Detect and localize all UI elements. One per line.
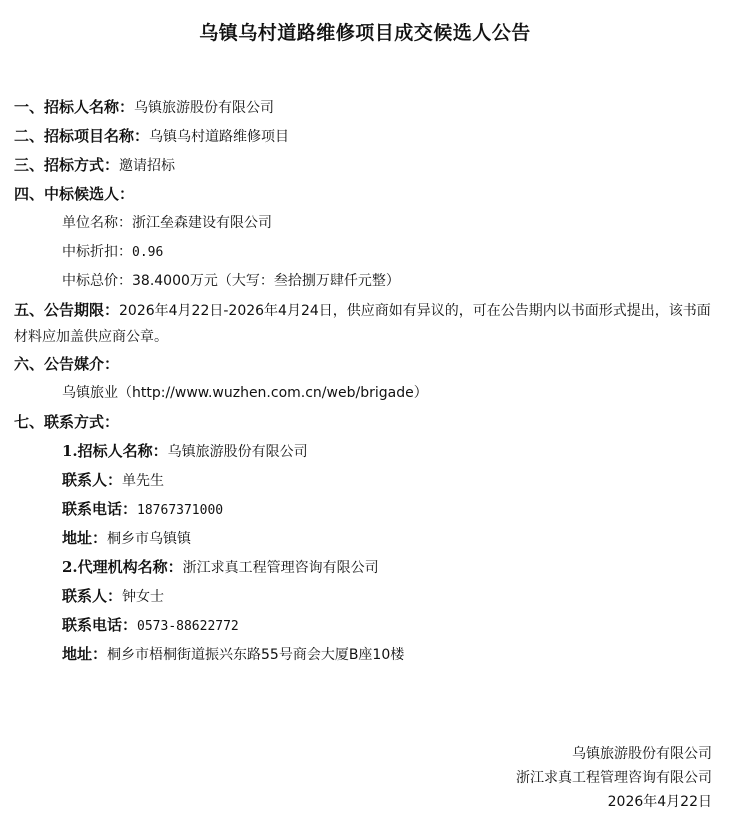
signature-org1: 乌镇旅游股份有限公司 [572, 744, 712, 764]
candidate-company: 单位名称：浙江垒森建设有限公司 [62, 213, 272, 233]
agency-contact-name: 2.代理机构名称：浙江求真工程管理咨询有限公司 [62, 557, 379, 578]
item-label: 地址： [62, 645, 107, 663]
item-label: 联系电话： [62, 616, 137, 634]
item-label: 联系人： [62, 471, 122, 489]
item-label: 1.招标人名称： [62, 442, 168, 460]
tender-method-value: 邀请招标 [119, 158, 175, 174]
tenderer-address: 桐乡市乌镇镇 [107, 531, 191, 547]
tenderer-contact-person: 联系人：单先生 [62, 470, 164, 491]
tenderer-name: 乌镇旅游股份有限公司 [168, 444, 308, 460]
agency-contact: 钟女士 [122, 589, 164, 605]
section-candidate: 四、中标候选人： [14, 184, 134, 205]
item-label: 2.代理机构名称： [62, 558, 183, 576]
candidate-total-price-value: 38.4000万元（大写：叁拾捌万肆仟元整） [132, 273, 400, 289]
project-name-value: 乌镇乌村道路维修项目 [149, 129, 289, 145]
media-link[interactable]: 乌镇旅业（http://www.wuzhen.com.cn/web/brigad… [62, 385, 428, 401]
section-notice-media: 六、公告媒介： [14, 354, 119, 375]
section-contact: 七、联系方式： [14, 412, 119, 433]
tenderer-contact-name: 1.招标人名称：乌镇旅游股份有限公司 [62, 441, 308, 462]
item-label: 联系人： [62, 587, 122, 605]
agency-name: 浙江求真工程管理咨询有限公司 [183, 560, 379, 576]
item-label: 中标总价： [62, 273, 132, 289]
page-title: 乌镇乌村道路维修项目成交候选人公告 [0, 18, 730, 45]
item-label: 中标折扣： [62, 244, 132, 260]
tenderer-contact: 单先生 [122, 473, 164, 489]
section-notice-period: 五、公告期限：2026年4月22日-2026年4月24日，供应商如有异议的，可在… [14, 297, 719, 350]
signature-date: 2026年4月22日 [608, 792, 712, 812]
agency-address: 桐乡市梧桐街道振兴东路55号商会大厦B座10楼 [107, 647, 404, 663]
item-label: 地址： [62, 529, 107, 547]
item-label: 联系电话： [62, 500, 137, 518]
notice-media-value: 乌镇旅业（http://www.wuzhen.com.cn/web/brigad… [62, 383, 428, 403]
tenderer-phone: 18767371000 [137, 503, 223, 518]
agency-contact-address: 地址：桐乡市梧桐街道振兴东路55号商会大厦B座10楼 [62, 644, 404, 665]
agency-contact-person: 联系人：钟女士 [62, 586, 164, 607]
tenderer-contact-phone: 联系电话：18767371000 [62, 499, 223, 521]
section-label: 七、联系方式： [14, 413, 119, 431]
section-project-name: 二、招标项目名称：乌镇乌村道路维修项目 [14, 126, 289, 147]
section-label: 四、中标候选人： [14, 185, 134, 203]
tenderer-name-value: 乌镇旅游股份有限公司 [134, 100, 274, 116]
section-tenderer-name: 一、招标人名称：乌镇旅游股份有限公司 [14, 97, 274, 118]
agency-contact-phone: 联系电话：0573-88622772 [62, 615, 239, 637]
candidate-discount: 中标折扣：0.96 [62, 242, 163, 263]
tenderer-contact-address: 地址：桐乡市乌镇镇 [62, 528, 191, 549]
candidate-total-price: 中标总价：38.4000万元（大写：叁拾捌万肆仟元整） [62, 271, 400, 291]
section-label: 二、招标项目名称： [14, 127, 149, 145]
section-label: 六、公告媒介： [14, 355, 119, 373]
signature-org2: 浙江求真工程管理咨询有限公司 [516, 768, 712, 788]
agency-phone: 0573-88622772 [137, 619, 239, 634]
candidate-discount-value: 0.96 [132, 245, 163, 260]
item-label: 单位名称： [62, 215, 132, 231]
section-label: 一、招标人名称： [14, 98, 134, 116]
notice-period-value: 2026年4月22日-2026年4月24日，供应商如有异议的，可在公告期内以书面… [14, 303, 711, 345]
section-label: 五、公告期限： [14, 301, 119, 319]
section-tender-method: 三、招标方式：邀请招标 [14, 155, 175, 176]
candidate-company-value: 浙江垒森建设有限公司 [132, 215, 272, 231]
section-label: 三、招标方式： [14, 156, 119, 174]
